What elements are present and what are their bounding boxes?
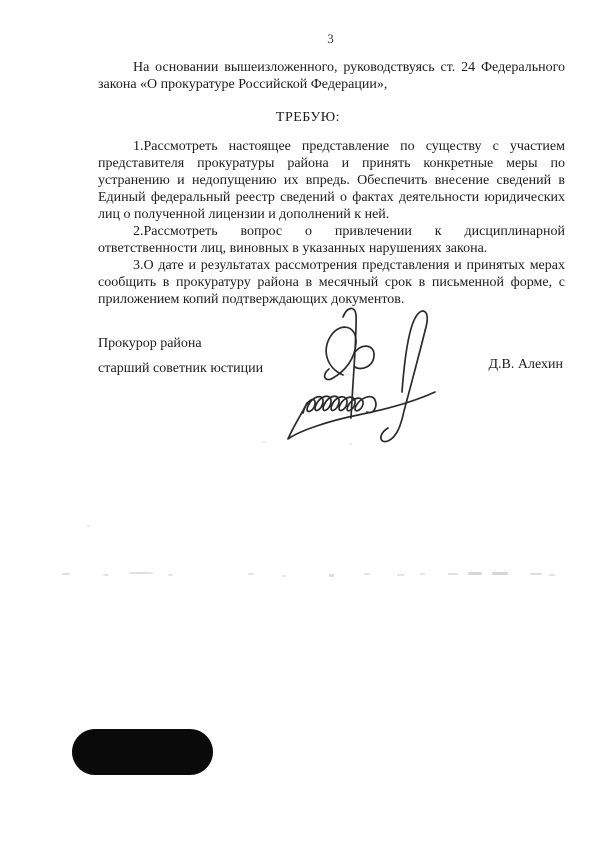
redaction-block [72,729,213,775]
scan-artifact [87,525,90,527]
scan-artifact [128,572,154,574]
scan-artifact [262,441,266,443]
scan-artifact [103,574,109,576]
signature-stroke [381,311,427,442]
scan-artifact [364,573,370,575]
signature-stroke [355,346,374,368]
scan-artifact [168,574,173,576]
demand-item: 2.Рассмотреть вопрос о привлечении к дис… [98,223,565,257]
signature-stroke [325,327,356,379]
intro-paragraph: На основании вышеизложенного, руководств… [98,59,565,93]
scan-artifact [420,573,425,575]
scan-artifact [530,573,542,575]
signatory-position-line1: Прокурор района [98,336,202,352]
signature-stroke [303,396,376,413]
scan-artifact [329,574,334,577]
scan-artifact [62,573,70,575]
scan-artifact [349,443,352,445]
demand-item: 1.Рассмотреть настоящее представление по… [98,138,565,223]
signatory-name: Д.В. Алехин [489,357,564,373]
demand-heading: ТРЕБУЮ: [98,110,518,126]
page-number: 3 [98,31,563,47]
scan-artifact [468,572,482,575]
demands-list: 1.Рассмотреть настоящее представление по… [98,138,565,308]
demand-item: 3.О дате и результатах рассмотрения пред… [98,257,565,308]
scan-artifact [492,572,508,575]
signatory-position-line2: старший советник юстиции [98,361,263,377]
scan-artifact [248,573,254,575]
document-page: 3 На основании вышеизложенного, руководс… [0,0,595,842]
scan-artifact [282,575,286,577]
scan-artifact [397,574,405,576]
signature [283,303,448,448]
scan-artifact [549,574,555,576]
scan-artifact [448,573,458,575]
